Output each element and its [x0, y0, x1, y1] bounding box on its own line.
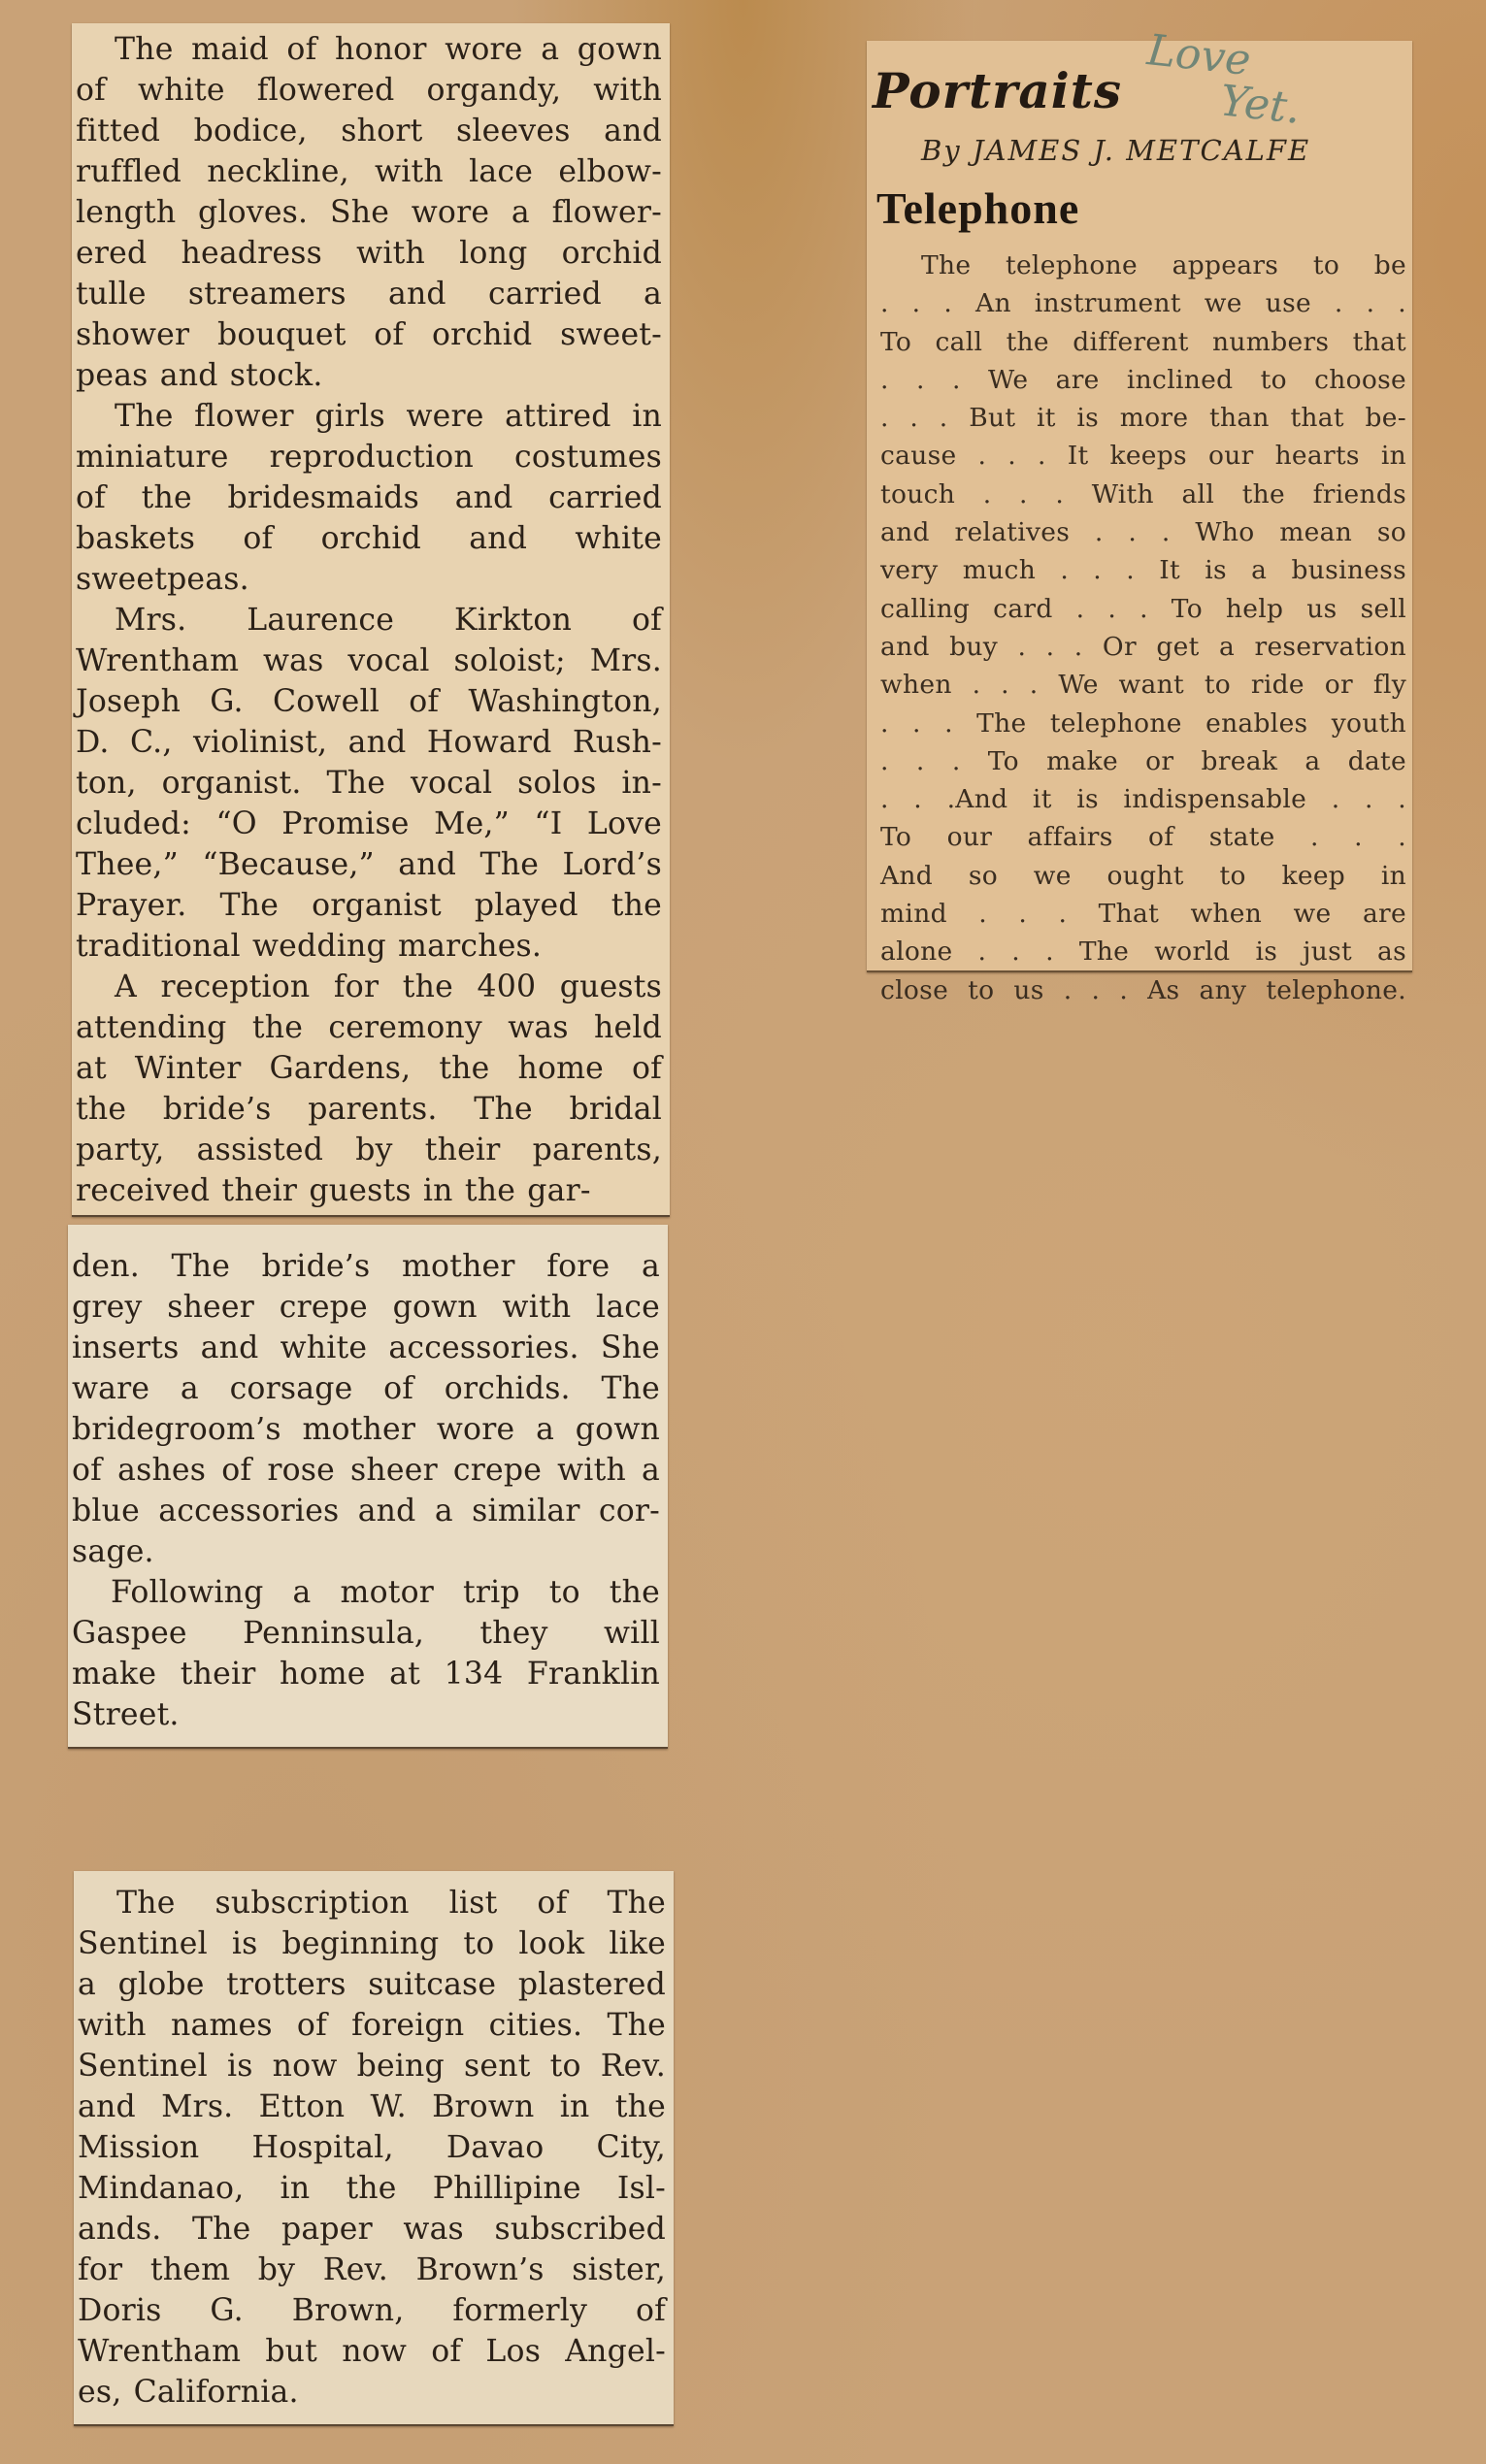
wedding-clipping-part1: The maid of honor wore a gownof white fl… — [72, 23, 670, 1217]
text-line: attending the ceremony was held — [76, 1007, 662, 1048]
text-line: Mission Hospital, Davao City, — [78, 2127, 666, 2168]
poem-line: . . . But it is more than that be- — [880, 399, 1406, 437]
column-title: Portraits — [873, 62, 1122, 119]
poem-text: The telephone appears to be. . . An inst… — [880, 246, 1406, 1009]
poem-line: mind . . . That when we are — [880, 895, 1406, 933]
text-line: The maid of honor wore a gown — [76, 29, 662, 70]
poem-line: . . .And it is indispensable . . . — [880, 780, 1406, 818]
text-line: peas and stock. — [76, 355, 662, 396]
poem-line: . . . We are inclined to choose — [880, 361, 1406, 399]
text-line: Mindanao, in the Phillipine Isl- — [78, 2168, 666, 2209]
text-line: A reception for the 400 guests — [76, 967, 662, 1007]
text-line: Sentinel is now being sent to Rev. — [78, 2046, 666, 2086]
poem-line: cause . . . It keeps our hearts in — [880, 437, 1406, 475]
poem-line: The telephone appears to be — [880, 246, 1406, 284]
text-line: The flower girls were attired in — [76, 396, 662, 437]
portraits-clipping: Portraits Love Yet. By JAMES J. METCALFE… — [867, 41, 1412, 972]
paragraph: Following a motor trip to theGaspee Penn… — [72, 1572, 660, 1735]
text-line: fitted bodice, short sleeves and — [76, 111, 662, 151]
text-line: shower bouquet of orchid sweet- — [76, 314, 662, 355]
byline: By JAMES J. METCALFE — [921, 134, 1310, 167]
poem-line: when . . . We want to ride or fly — [880, 666, 1406, 704]
poem-line: close to us . . . As any telephone. — [880, 971, 1406, 1009]
paragraph: The subscription list of TheSentinel is … — [78, 1883, 666, 2413]
sentinel-subscription-clipping: The subscription list of TheSentinel is … — [74, 1871, 674, 2426]
text-line: Prayer. The organist played the — [76, 885, 662, 926]
text-line: blue accessories and a similar cor- — [72, 1491, 660, 1531]
poem-line: . . . The telephone enables youth — [880, 705, 1406, 742]
text-line: the bride’s parents. The bridal — [76, 1089, 662, 1130]
text-line: sage. — [72, 1531, 660, 1572]
text-line: party, assisted by their parents, — [76, 1130, 662, 1170]
text-line: length gloves. She wore a flower- — [76, 192, 662, 233]
sentinel-article-text: The subscription list of TheSentinel is … — [78, 1883, 666, 2413]
text-line: bridegroom’s mother wore a gown — [72, 1409, 660, 1450]
text-line: make their home at 134 Franklin — [72, 1654, 660, 1694]
poem-line: calling card . . . To help us sell — [880, 590, 1406, 628]
text-line: with names of foreign cities. The — [78, 2005, 666, 2046]
text-line: a globe trotters suitcase plastered — [78, 1964, 666, 2005]
text-line: ware a corsage of orchids. The — [72, 1368, 660, 1409]
wedding-article-text: The maid of honor wore a gownof white fl… — [76, 29, 662, 1211]
poem-line: . . . To make or break a date — [880, 742, 1406, 780]
text-line: cluded: “O Promise Me,” “I Love — [76, 804, 662, 844]
text-line: Following a motor trip to the — [72, 1572, 660, 1613]
text-line: Thee,” “Because,” and The Lord’s — [76, 844, 662, 885]
poem-line: and relatives . . . Who mean so — [880, 513, 1406, 551]
text-line: grey sheer crepe gown with lace — [72, 1287, 660, 1328]
poem-title: Telephone — [876, 182, 1079, 234]
paragraph: den. The bride’s mother fore agrey sheer… — [72, 1246, 660, 1572]
paragraph: The maid of honor wore a gownof white fl… — [76, 29, 662, 396]
text-line: ruffled neckline, with lace elbow- — [76, 151, 662, 192]
text-line: ered headress with long orchid — [76, 233, 662, 274]
poem-line: and buy . . . Or get a reservation — [880, 628, 1406, 666]
poem-line: To our affairs of state . . . — [880, 818, 1406, 856]
text-line: inserts and white accessories. She — [72, 1328, 660, 1368]
text-line: baskets of orchid and white — [76, 518, 662, 559]
poem-line: And so we ought to keep in — [880, 857, 1406, 895]
text-line: sweetpeas. — [76, 559, 662, 600]
poem-line: To call the different numbers that — [880, 323, 1406, 361]
text-line: traditional wedding marches. — [76, 926, 662, 967]
text-line: at Winter Gardens, the home of — [76, 1048, 662, 1089]
text-line: tulle streamers and carried a — [76, 274, 662, 314]
poem-line: touch . . . With all the friends — [880, 476, 1406, 513]
text-line: for them by Rev. Brown’s sister, — [78, 2250, 666, 2290]
text-line: D. C., violinist, and Howard Rush- — [76, 722, 662, 763]
text-line: Sentinel is beginning to look like — [78, 1923, 666, 1964]
poem-line: alone . . . The world is just as — [880, 933, 1406, 970]
text-line: es, California. — [78, 2372, 666, 2413]
paragraph: Mrs. Laurence Kirkton ofWrentham was voc… — [76, 600, 662, 967]
text-line: den. The bride’s mother fore a — [72, 1246, 660, 1287]
text-line: of the bridesmaids and carried — [76, 477, 662, 518]
text-line: Doris G. Brown, formerly of — [78, 2290, 666, 2331]
wedding-article-continuation-text: den. The bride’s mother fore agrey sheer… — [72, 1246, 660, 1735]
wedding-clipping-part2: den. The bride’s mother fore agrey sheer… — [68, 1225, 668, 1749]
text-line: miniature reproduction costumes — [76, 437, 662, 477]
text-line: of ashes of rose sheer crepe with a — [72, 1450, 660, 1491]
poem-line: very much . . . It is a business — [880, 551, 1406, 589]
text-line: and Mrs. Etton W. Brown in the — [78, 2086, 666, 2127]
text-line: Mrs. Laurence Kirkton of — [76, 600, 662, 641]
text-line: of white flowered organdy, with — [76, 70, 662, 111]
text-line: received their guests in the gar- — [76, 1170, 662, 1211]
text-line: The subscription list of The — [78, 1883, 666, 1923]
text-line: Joseph G. Cowell of Washington, — [76, 681, 662, 722]
text-line: Street. — [72, 1694, 660, 1735]
paragraph: The flower girls were attired inminiatur… — [76, 396, 662, 600]
poem-line: . . . An instrument we use . . . — [880, 284, 1406, 322]
text-line: Wrentham but now of Los Angel- — [78, 2331, 666, 2372]
text-line: Wrentham was vocal soloist; Mrs. — [76, 641, 662, 681]
text-line: ands. The paper was subscribed — [78, 2209, 666, 2250]
text-line: Gaspee Penninsula, they will — [72, 1613, 660, 1654]
paragraph: A reception for the 400 guestsattending … — [76, 967, 662, 1211]
text-line: ton, organist. The vocal solos in- — [76, 763, 662, 804]
